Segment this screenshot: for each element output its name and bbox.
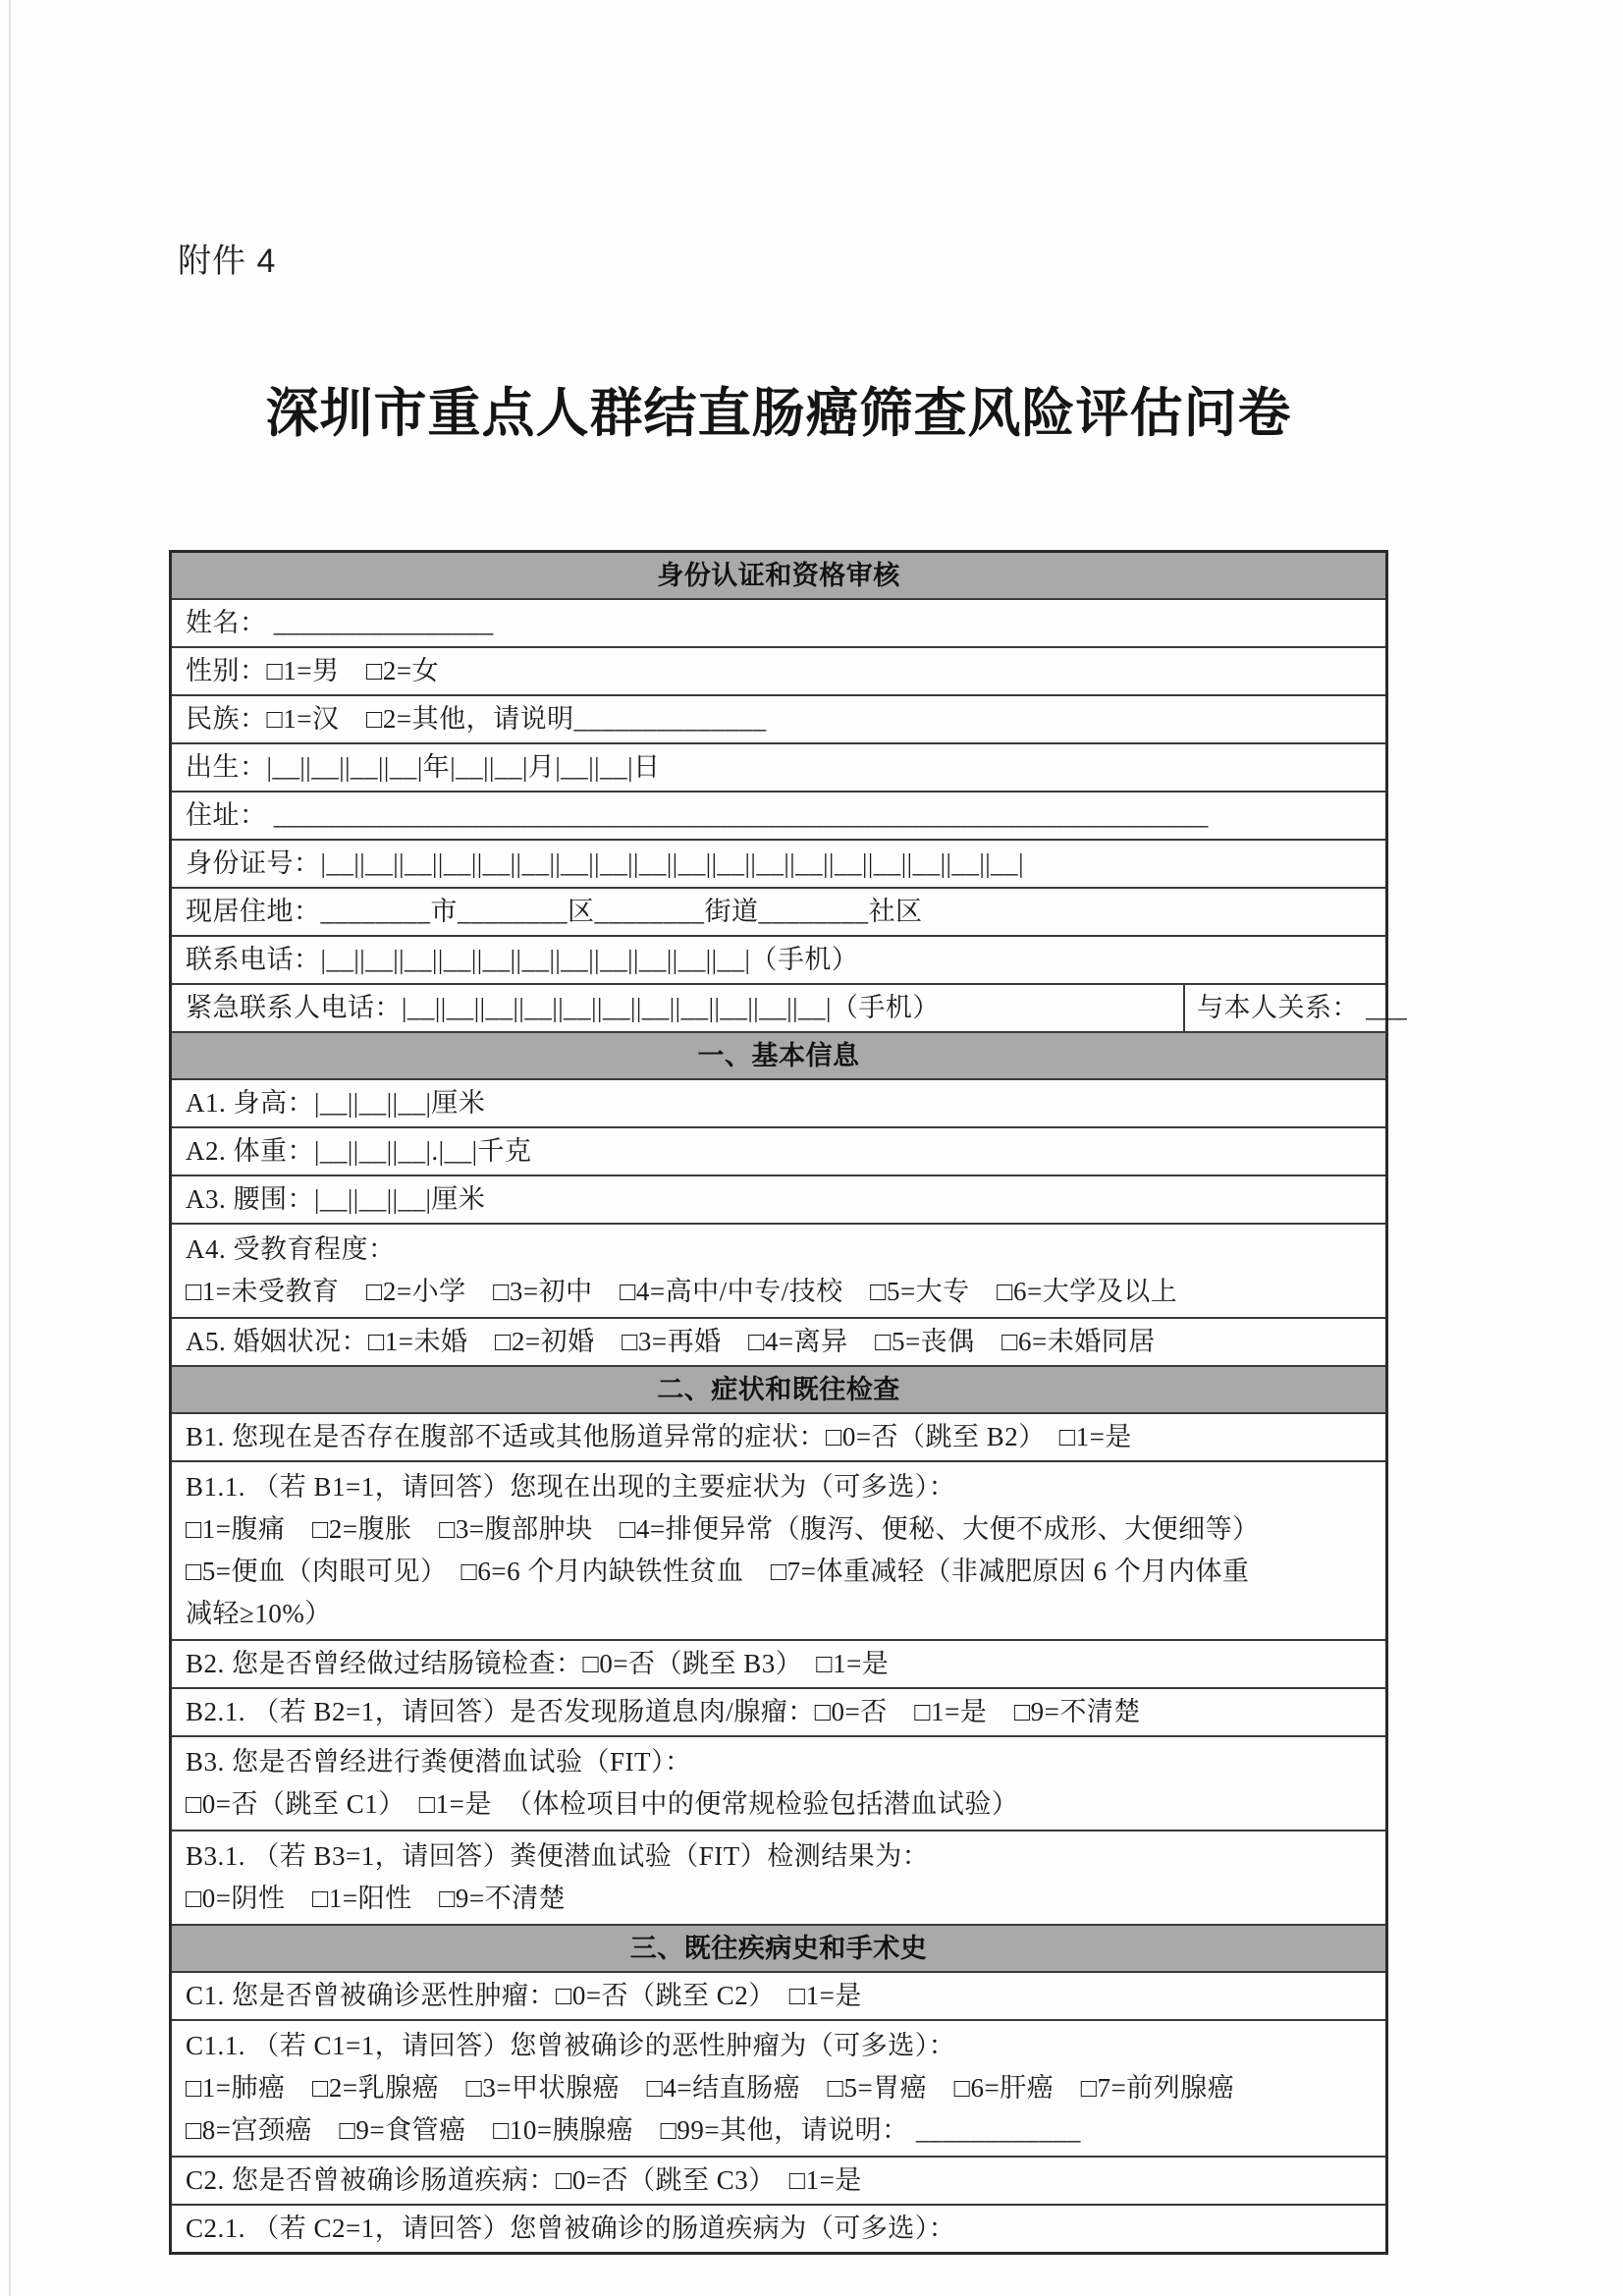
- form-line[interactable]: 住址： ____________________________________…: [186, 793, 1372, 839]
- row-a5-marital: A5. 婚姻状况：□1=未婚 □2=初婚 □3=再婚 □4=离异 □5=丧偶 □…: [172, 1317, 1385, 1365]
- row-b3-1: B3.1. （若 B3=1，请回答）粪便潜血试验（FIT）检测结果为：□0=阴性…: [172, 1830, 1385, 1924]
- row-ethnicity: 民族：□1=汉 □2=其他，请说明______________: [172, 694, 1385, 742]
- row-b3: B3. 您是否曾经进行粪便潜血试验（FIT）：□0=否（跳至 C1） □1=是 …: [172, 1735, 1385, 1830]
- form-line[interactable]: A2. 体重：|__||__||__|.|__|千克: [186, 1128, 1372, 1175]
- form-line: A4. 受教育程度：: [186, 1229, 1372, 1271]
- section-disease-surgery-history: 三、既往疾病史和手术史: [172, 1924, 1385, 1971]
- form-table: 身份认证和资格审核姓名： ________________性别：□1=男 □2=…: [169, 550, 1388, 2255]
- row-name: 姓名： ________________: [172, 598, 1385, 646]
- form-line[interactable]: □0=否（跳至 C1） □1=是 （体检项目中的便常规检验包括潜血试验）: [186, 1783, 1372, 1826]
- form-line[interactable]: □0=阴性 □1=阳性 □9=不清楚: [186, 1878, 1372, 1920]
- document-page: 附件 4 深圳市重点人群结直肠癌筛查风险评估问卷 身份认证和资格审核姓名： __…: [0, 0, 1623, 2296]
- form-line[interactable]: 身份证号：|__||__||__||__||__||__||__||__||__…: [186, 841, 1372, 887]
- form-line[interactable]: □1=腹痛 □2=腹胀 □3=腹部肿块 □4=排便异常（腹泻、便秘、大便不成形、…: [186, 1508, 1372, 1551]
- row-a4-education: A4. 受教育程度：□1=未受教育 □2=小学 □3=初中 □4=高中/中专/技…: [172, 1223, 1385, 1317]
- form-line: 减轻≥10%）: [186, 1593, 1372, 1635]
- row-emergency-contact-relation[interactable]: 与本人关系： ___: [1185, 985, 1419, 1031]
- form-line[interactable]: 现居住地：________市________区________街道_______…: [186, 889, 1372, 935]
- row-a1-height: A1. 身高：|__||__||__|厘米: [172, 1078, 1385, 1126]
- form-line[interactable]: □5=便血（肉眼可见） □6=6 个月内缺铁性贫血 □7=体重减轻（非减肥原因 …: [186, 1551, 1372, 1593]
- form-line[interactable]: B1. 您现在是否存在腹部不适或其他肠道异常的症状：□0=否（跳至 B2） □1…: [186, 1414, 1372, 1460]
- scan-edge-artifact: [9, 0, 11, 2296]
- form-line[interactable]: B2.1. （若 B2=1，请回答）是否发现肠道息肉/腺瘤：□0=否 □1=是 …: [186, 1689, 1372, 1735]
- row-a2-weight: A2. 体重：|__||__||__|.|__|千克: [172, 1126, 1385, 1175]
- section-title: 二、症状和既往检查: [657, 1375, 900, 1404]
- row-address: 住址： ____________________________________…: [172, 791, 1385, 839]
- attachment-label: 附件 4: [178, 234, 276, 282]
- form-line[interactable]: 性别：□1=男 □2=女: [186, 648, 1372, 694]
- row-c2-1: C2.1. （若 C2=1，请回答）您曾被确诊的肠道疾病为（可多选）：: [172, 2204, 1385, 2252]
- section-title: 身份认证和资格审核: [657, 561, 900, 590]
- row-a3-waist: A3. 腰围：|__||__||__|厘米: [172, 1175, 1385, 1223]
- form-line[interactable]: 出生：|__||__||__||__|年|__||__|月|__||__|日: [186, 744, 1372, 791]
- row-c2: C2. 您是否曾被确诊肠道疾病：□0=否（跳至 C3） □1=是: [172, 2156, 1385, 2204]
- row-gender: 性别：□1=男 □2=女: [172, 646, 1385, 694]
- row-b2-1: B2.1. （若 B2=1，请回答）是否发现肠道息肉/腺瘤：□0=否 □1=是 …: [172, 1687, 1385, 1735]
- row-c1-1: C1.1. （若 C1=1，请回答）您曾被确诊的恶性肿瘤为（可多选）：□1=肺癌…: [172, 2019, 1385, 2156]
- form-line: C1.1. （若 C1=1，请回答）您曾被确诊的恶性肿瘤为（可多选）：: [186, 2025, 1372, 2067]
- row-phone: 联系电话：|__||__||__||__||__||__||__||__||__…: [172, 935, 1385, 983]
- row-b2: B2. 您是否曾经做过结肠镜检查：□0=否（跳至 B3） □1=是: [172, 1639, 1385, 1687]
- form-line[interactable]: 民族：□1=汉 □2=其他，请说明______________: [186, 696, 1372, 742]
- section-basic-info: 一、基本信息: [172, 1031, 1385, 1078]
- form-line[interactable]: □1=肺癌 □2=乳腺癌 □3=甲状腺癌 □4=结直肠癌 □5=胃癌 □6=肝癌…: [186, 2067, 1372, 2109]
- form-line: C2.1. （若 C2=1，请回答）您曾被确诊的肠道疾病为（可多选）：: [186, 2206, 1372, 2252]
- row-b1-1: B1.1. （若 B1=1，请回答）您现在出现的主要症状为（可多选）：□1=腹痛…: [172, 1460, 1385, 1639]
- row-emergency-contact-main[interactable]: 紧急联系人电话：|__||__||__||__||__||__||__||__|…: [172, 985, 1185, 1031]
- section-identity: 身份认证和资格审核: [172, 553, 1385, 598]
- form-line[interactable]: A5. 婚姻状况：□1=未婚 □2=初婚 □3=再婚 □4=离异 □5=丧偶 □…: [186, 1319, 1372, 1365]
- row-residence: 现居住地：________市________区________街道_______…: [172, 887, 1385, 935]
- form-line[interactable]: B2. 您是否曾经做过结肠镜检查：□0=否（跳至 B3） □1=是: [186, 1641, 1372, 1687]
- form-line[interactable]: C2. 您是否曾被确诊肠道疾病：□0=否（跳至 C3） □1=是: [186, 2158, 1372, 2204]
- section-symptoms-history: 二、症状和既往检查: [172, 1365, 1385, 1412]
- form-line[interactable]: C1. 您是否曾被确诊恶性肿瘤：□0=否（跳至 C2） □1=是: [186, 1973, 1372, 2019]
- form-line[interactable]: 联系电话：|__||__||__||__||__||__||__||__||__…: [186, 937, 1372, 983]
- section-title: 一、基本信息: [698, 1041, 860, 1070]
- form-line[interactable]: □8=宫颈癌 □9=食管癌 □10=胰腺癌 □99=其他，请说明： ______…: [186, 2109, 1372, 2152]
- form-line[interactable]: A1. 身高：|__||__||__|厘米: [186, 1080, 1372, 1126]
- page-title: 深圳市重点人群结直肠癌筛查风险评估问卷: [169, 371, 1388, 447]
- row-id-number: 身份证号：|__||__||__||__||__||__||__||__||__…: [172, 839, 1385, 887]
- form-line[interactable]: A3. 腰围：|__||__||__|厘米: [186, 1176, 1372, 1223]
- form-line: B3. 您是否曾经进行粪便潜血试验（FIT）：: [186, 1741, 1372, 1783]
- form-line: B3.1. （若 B3=1，请回答）粪便潜血试验（FIT）检测结果为：: [186, 1835, 1372, 1878]
- form-line[interactable]: □1=未受教育 □2=小学 □3=初中 □4=高中/中专/技校 □5=大专 □6…: [186, 1271, 1372, 1313]
- row-emergency-contact: 紧急联系人电话：|__||__||__||__||__||__||__||__|…: [172, 983, 1385, 1031]
- section-title: 三、既往疾病史和手术史: [630, 1934, 928, 1963]
- form-line: B1.1. （若 B1=1，请回答）您现在出现的主要症状为（可多选）：: [186, 1466, 1372, 1508]
- row-birthdate: 出生：|__||__||__||__|年|__||__|月|__||__|日: [172, 742, 1385, 791]
- row-b1: B1. 您现在是否存在腹部不适或其他肠道异常的症状：□0=否（跳至 B2） □1…: [172, 1412, 1385, 1460]
- form-line[interactable]: 姓名： ________________: [186, 600, 1372, 646]
- row-c1: C1. 您是否曾被确诊恶性肿瘤：□0=否（跳至 C2） □1=是: [172, 1971, 1385, 2019]
